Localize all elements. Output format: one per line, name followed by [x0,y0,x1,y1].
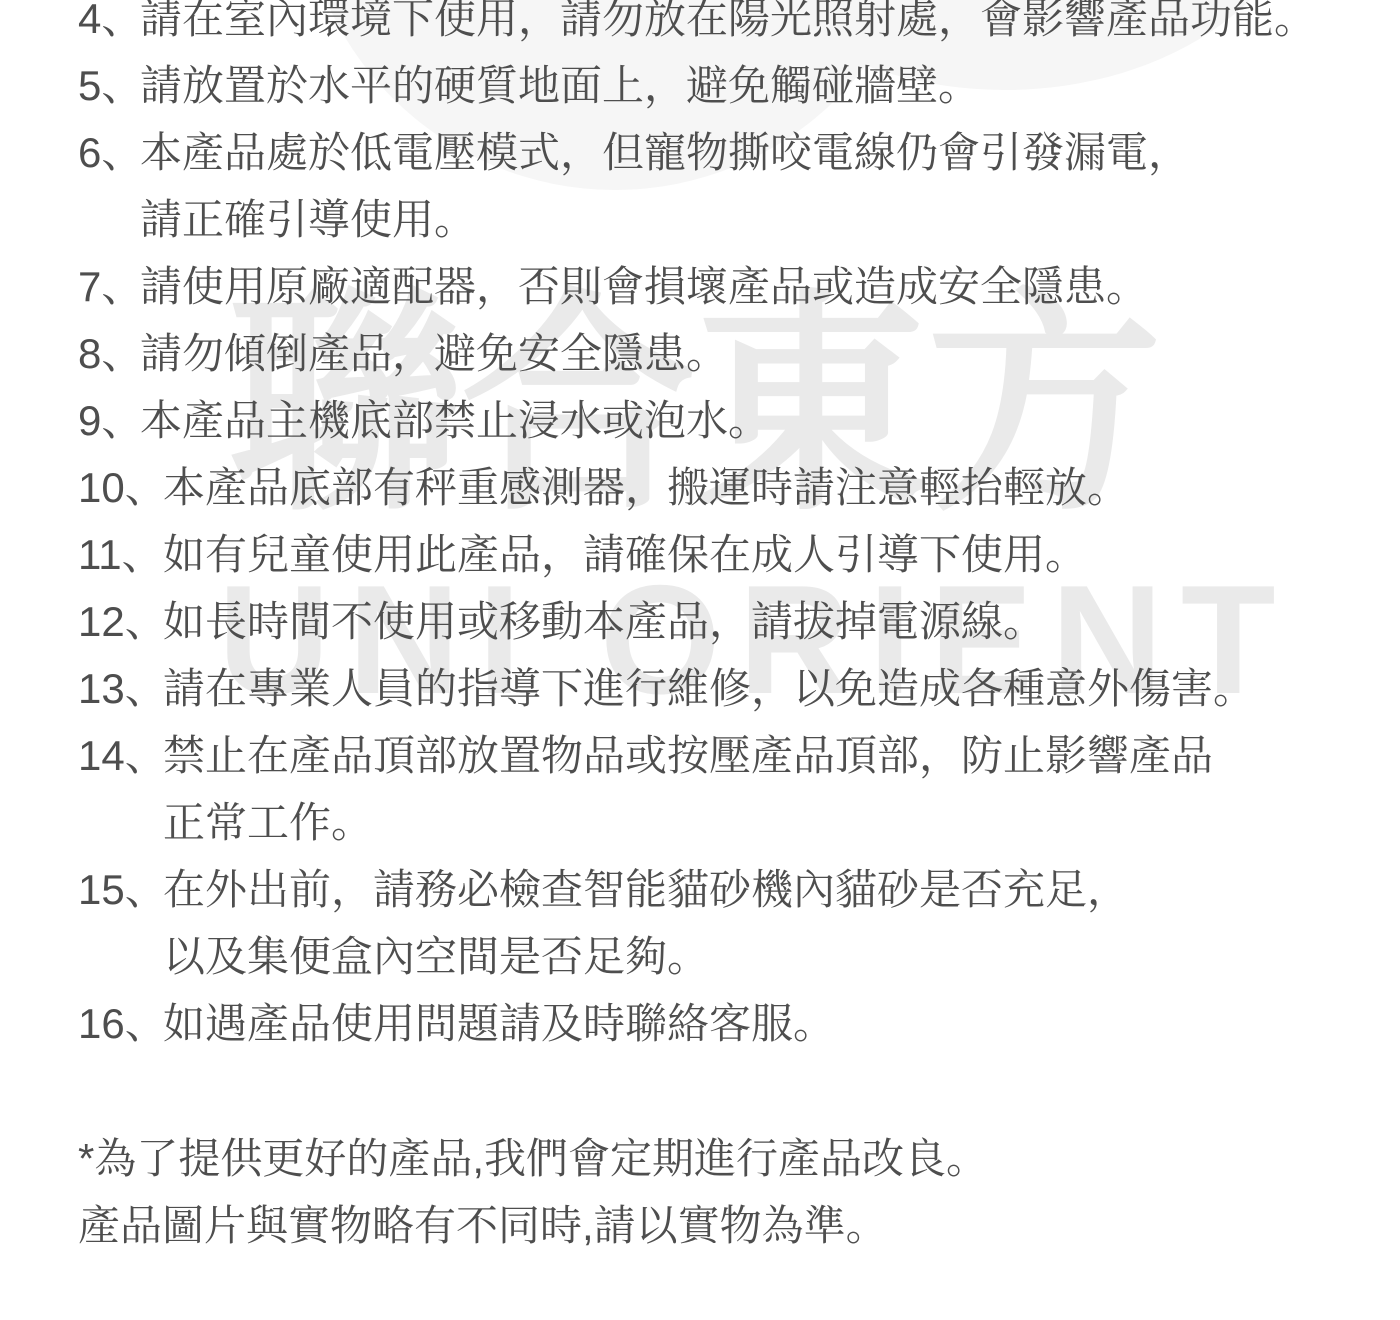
item-text: 以及集便盒內空間是否足夠。 [163,933,709,980]
instruction-line-15-cont: 以及集便盒內空間是否足夠。 [78,923,1400,990]
footnote-text: 產品圖片與實物略有不同時,請以實物為準。 [78,1202,888,1249]
item-number: 5、 [78,52,143,119]
instruction-line-14-cont: 正常工作。 [78,789,1400,856]
item-text: 請在室內環境下使用，請勿放在陽光照射處，會影響產品功能。 [140,0,1316,42]
instruction-line-13: 13、 請在專業人員的指導下進行維修，以免造成各種意外傷害。 [78,655,1400,722]
item-number: 6、 [78,119,143,186]
instruction-line-4: 4、 請在室內環境下使用，請勿放在陽光照射處，會影響產品功能。 [78,0,1400,52]
footnote-improvement-note: *為了提供更好的產品,我們會定期進行產品改良。 [78,1125,1400,1192]
item-number: 11、 [78,521,164,588]
footnotes: *為了提供更好的產品,我們會定期進行產品改良。 產品圖片與實物略有不同時,請以實… [78,1125,1400,1259]
instruction-line-9: 9、 本產品主機底部禁止浸水或泡水。 [78,387,1400,454]
item-text: 在外出前，請務必檢查智能貓砂機內貓砂是否充足， [163,866,1129,913]
footnote-image-disclaimer: 產品圖片與實物略有不同時,請以實物為準。 [78,1192,1400,1259]
instruction-line-6: 6、 本產品處於低電壓模式，但寵物撕咬電線仍會引發漏電， [78,119,1400,186]
instruction-line-10: 10、 本產品底部有秤重感測器，搬運時請注意輕抬輕放。 [78,454,1400,521]
item-number: 10、 [78,454,167,521]
instructions-list: 4、 請在室內環境下使用，請勿放在陽光照射處，會影響產品功能。 5、 請放置於水… [78,0,1400,1259]
instruction-line-5: 5、 請放置於水平的硬質地面上，避免觸碰牆壁。 [78,52,1400,119]
item-number: 8、 [78,320,143,387]
item-text: 正常工作。 [163,799,373,846]
product-manual-page: 聯合東方 UNI ORIENT 4、 請在室內環境下使用，請勿放在陽光照射處，會… [0,0,1400,1320]
instruction-line-11: 11、 如有兒童使用此產品，請確保在成人引導下使用。 [78,521,1400,588]
instruction-line-16: 16、 如遇產品使用問題請及時聯絡客服。 [78,990,1400,1057]
item-text: 如長時間不使用或移動本產品，請拔掉電源線。 [163,598,1045,645]
item-text: 如有兒童使用此產品，請確保在成人引導下使用。 [163,531,1087,578]
instruction-line-8: 8、 請勿傾倒產品，避免安全隱患。 [78,320,1400,387]
item-number: 12、 [78,588,167,655]
item-number: 15、 [78,856,167,923]
instruction-line-15: 15、 在外出前，請務必檢查智能貓砂機內貓砂是否充足， [78,856,1400,923]
item-text: 請在專業人員的指導下進行維修，以免造成各種意外傷害。 [163,665,1255,712]
item-text: 本產品處於低電壓模式，但寵物撕咬電線仍會引發漏電， [140,129,1190,176]
footnote-text: *為了提供更好的產品,我們會定期進行產品改良。 [78,1135,988,1182]
item-text: 請勿傾倒產品，避免安全隱患。 [140,330,728,377]
item-text: 請正確引導使用。 [140,196,476,243]
item-text: 請放置於水平的硬質地面上，避免觸碰牆壁。 [140,62,980,109]
item-text: 禁止在產品頂部放置物品或按壓產品頂部，防止影響產品 [163,732,1213,779]
item-number: 4、 [78,0,143,52]
item-number: 9、 [78,387,143,454]
instruction-line-6-cont: 請正確引導使用。 [78,186,1400,253]
instruction-line-7: 7、 請使用原廠適配器，否則會損壞產品或造成安全隱患。 [78,253,1400,320]
item-number: 16、 [78,990,167,1057]
item-text: 本產品主機底部禁止浸水或泡水。 [140,397,770,444]
item-number: 13、 [78,655,167,722]
item-number: 14、 [78,722,167,789]
instruction-line-14: 14、 禁止在產品頂部放置物品或按壓產品頂部，防止影響產品 [78,722,1400,789]
instruction-line-12: 12、 如長時間不使用或移動本產品，請拔掉電源線。 [78,588,1400,655]
item-text: 本產品底部有秤重感測器，搬運時請注意輕抬輕放。 [163,464,1129,511]
item-text: 如遇產品使用問題請及時聯絡客服。 [163,1000,835,1047]
item-number: 7、 [78,253,143,320]
item-text: 請使用原廠適配器，否則會損壞產品或造成安全隱患。 [140,263,1148,310]
